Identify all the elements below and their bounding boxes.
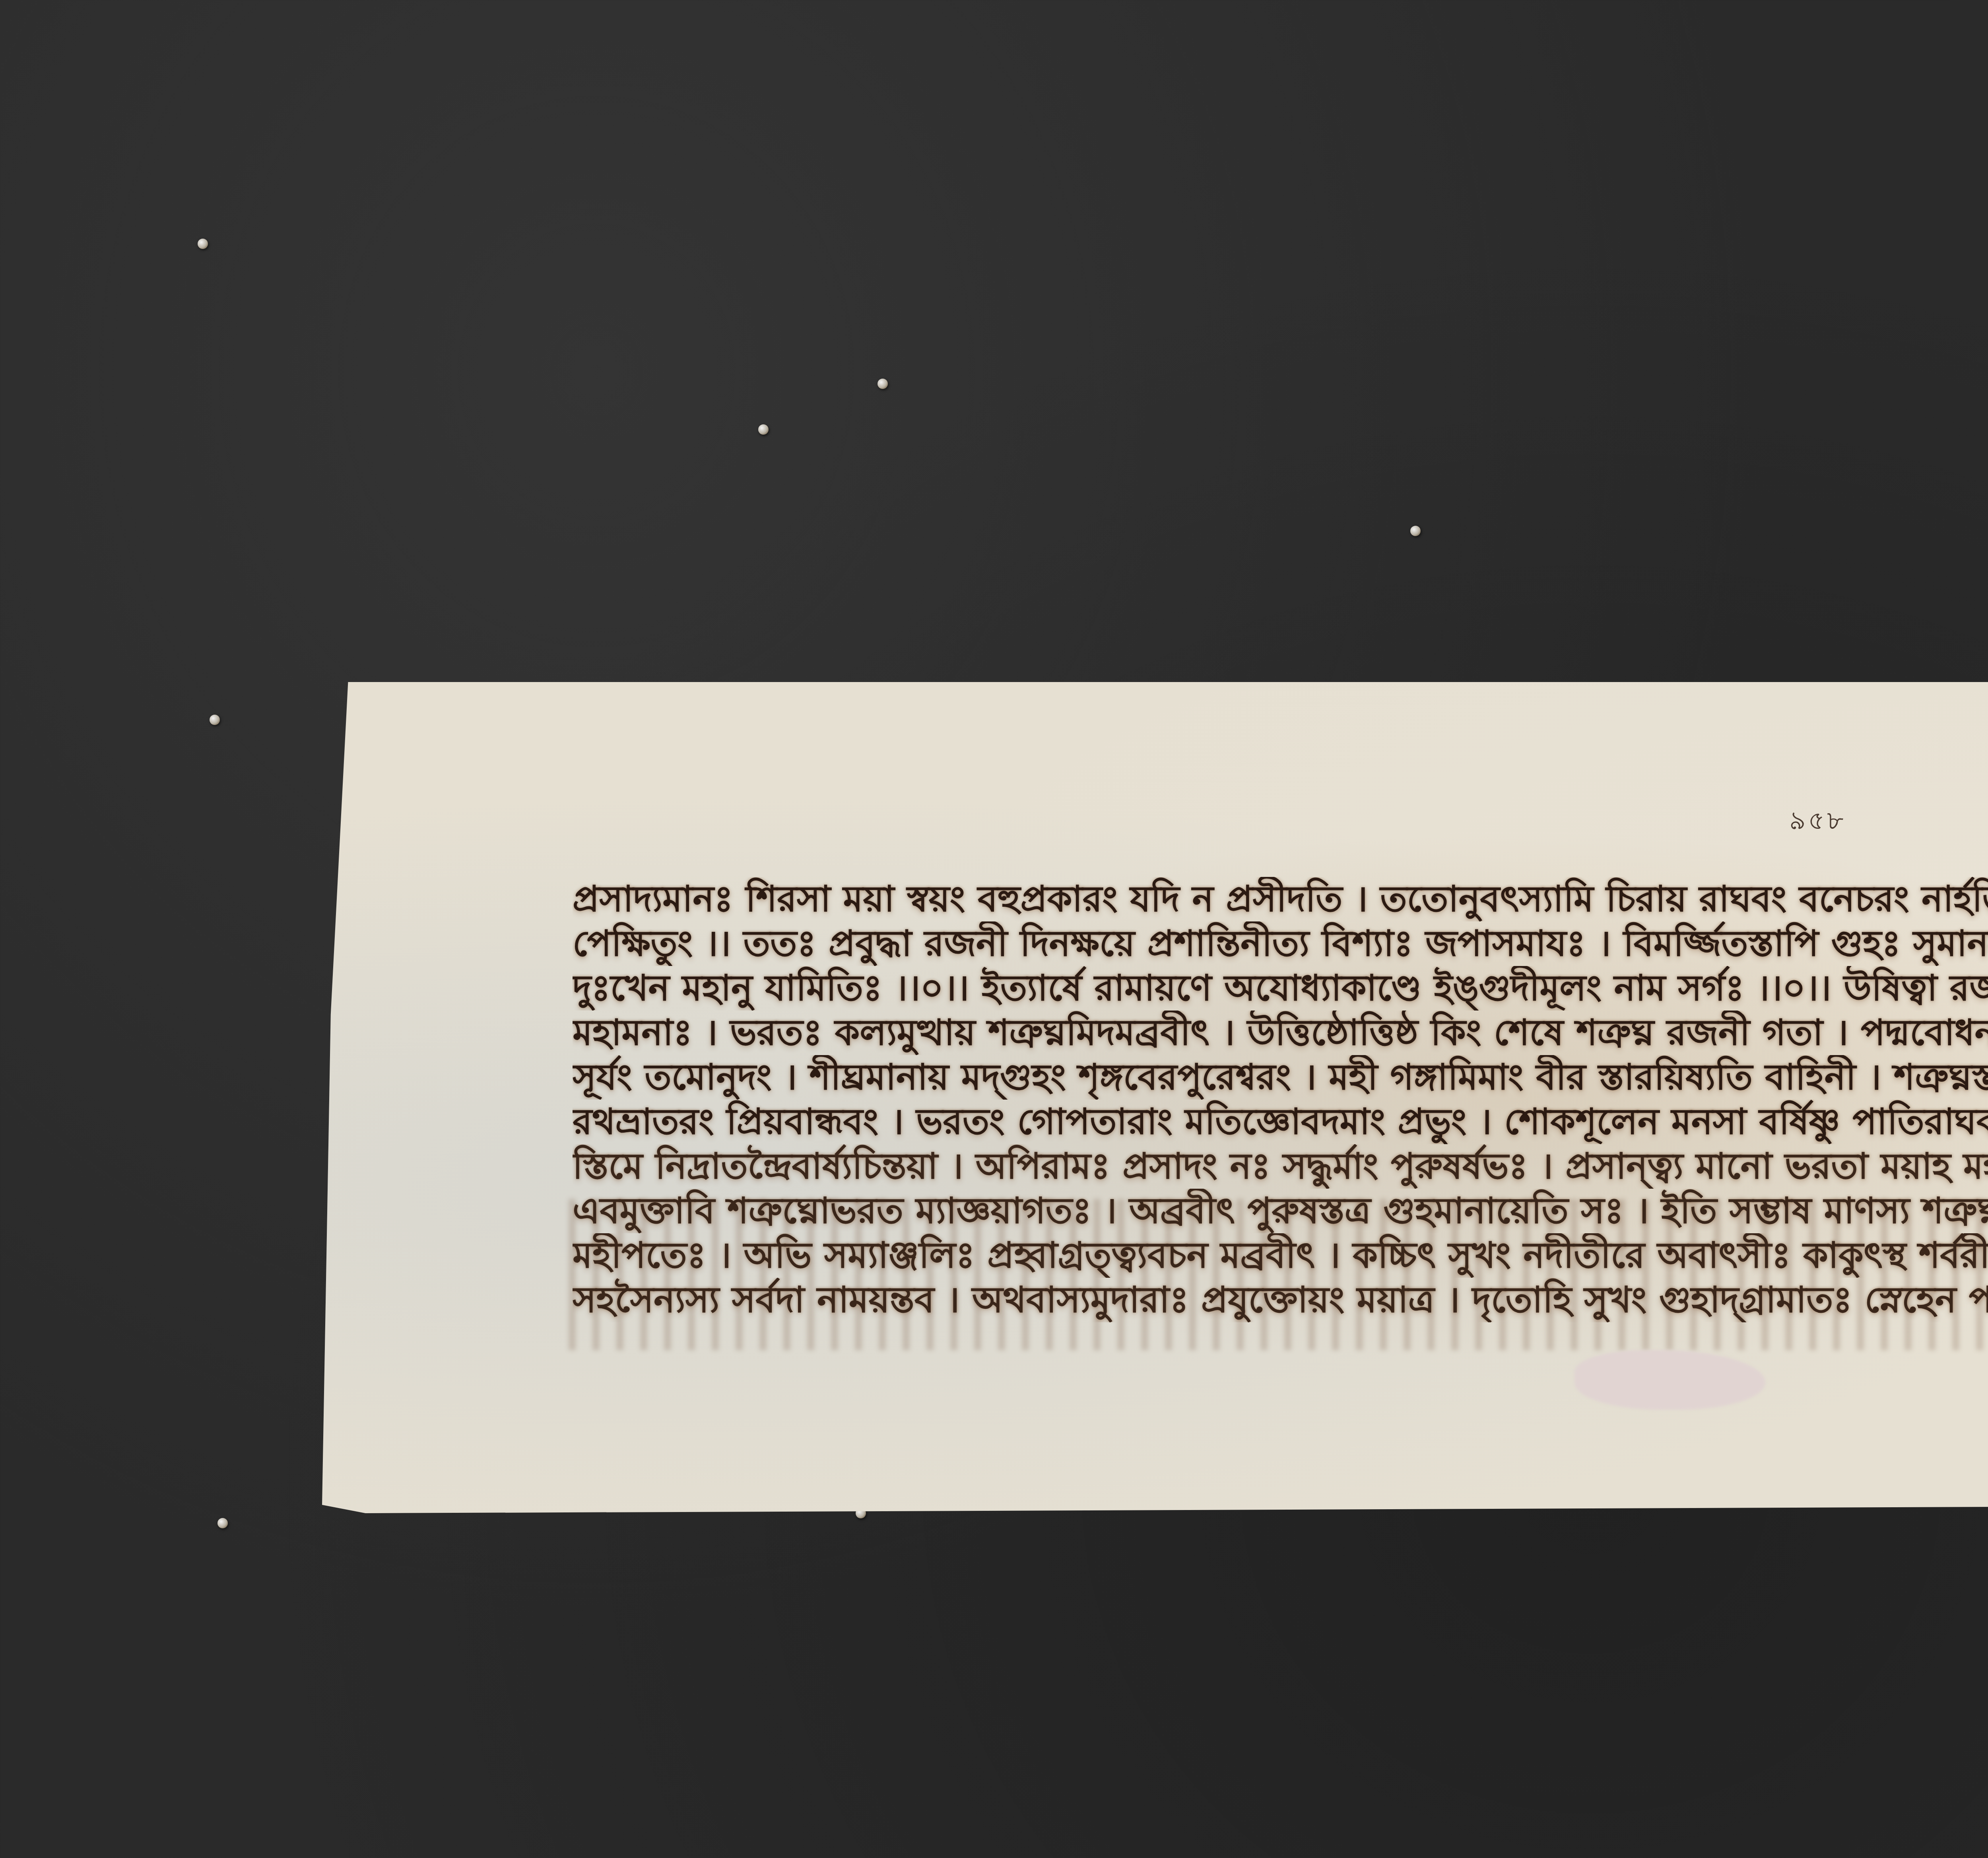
text-line: সূর্যং তমোনুদং । শীঘ্রমানায় মদ্গুহং শৃঙ… bbox=[573, 1055, 1988, 1100]
pin-head bbox=[210, 715, 220, 725]
text-line: দুঃখেন মহানু যামিতিঃ ।।০।। ইত্যার্ষে রাম… bbox=[573, 966, 1988, 1011]
pin-head bbox=[198, 239, 208, 249]
text-line: রথভ্রাতরং প্রিয়বান্ধবং । ভরতং গোপতারাং … bbox=[573, 1100, 1988, 1144]
text-line: মহীপতেঃ । অভি সম্যাঞ্জলিঃ প্রহ্বাগ্রত্ত্… bbox=[573, 1233, 1988, 1278]
text-line: মহামনাঃ । ভরতঃ কল্যমুত্থায় শত্রুঘ্নমিদম… bbox=[573, 1011, 1988, 1055]
folio-number: ৯৫৮ bbox=[1789, 801, 1846, 844]
manuscript-text: প্রসাদ্যমানঃ শিরসা ময়া স্বয়ং বহুপ্রকার… bbox=[573, 877, 1988, 1322]
text-line: প্রসাদ্যমানঃ শিরসা ময়া স্বয়ং বহুপ্রকার… bbox=[573, 877, 1988, 921]
pin-head bbox=[758, 424, 769, 435]
erased-mark bbox=[1574, 1350, 1765, 1410]
pin-head bbox=[217, 1518, 228, 1528]
text-line: স্তিমে নিদ্রাতন্দ্রৈবাৰ্ষ্যচিন্তয়া । অপ… bbox=[573, 1144, 1988, 1189]
text-line: সহসৈন্যস্য সর্বদা নাময়ন্তব । অথবাস্যমুদ… bbox=[573, 1278, 1988, 1322]
pin-head bbox=[878, 379, 888, 389]
text-line: পেক্ষিতুং ।। ততঃ প্রবুদ্ধা রজনী দিনক্ষয়… bbox=[573, 921, 1988, 966]
manuscript-leaf: ৯৫৮ প্রসাদ্যমানঃ শিরসা ময়া স্বয়ং বহুপ্… bbox=[322, 682, 1988, 1513]
pin-head bbox=[1410, 526, 1421, 536]
text-line: এবমুক্তাবি শত্রুঘ্নোভরত ম্যাজ্ঞয়াগতঃ । … bbox=[573, 1189, 1988, 1233]
